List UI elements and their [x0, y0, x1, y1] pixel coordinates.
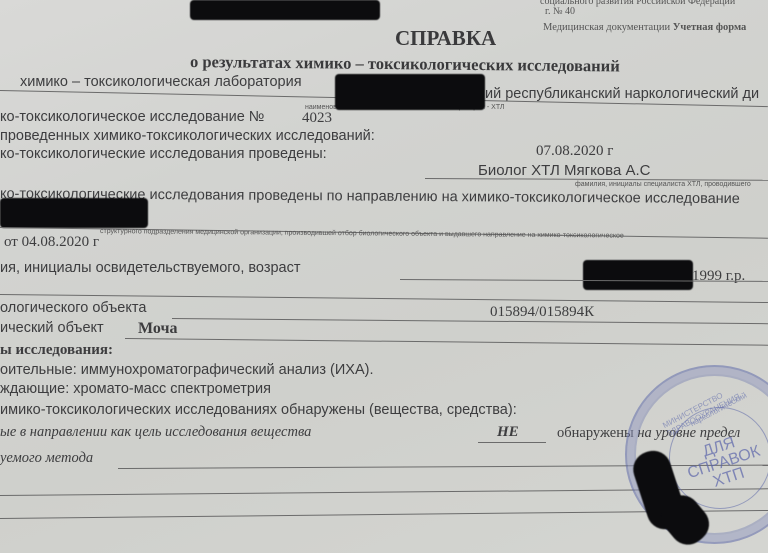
form-note-prefix: Медицинская документации [543, 22, 673, 33]
target-value-underline [478, 442, 546, 443]
target-value: НЕ [497, 424, 519, 441]
order-number: г. № 40 [545, 6, 575, 17]
date-value: 07.08.2020 г [536, 143, 613, 160]
redaction-lab [335, 74, 485, 110]
lab-suffix: ий республиканский наркологический ди [485, 86, 759, 102]
form-note-bold: Учетная форма [673, 22, 747, 33]
subject-birth-year: 1999 г.р. [692, 268, 745, 285]
study-number-label: ко-токсикологическое исследование № [0, 109, 264, 125]
redaction-subject-name [583, 260, 693, 290]
redaction-address [190, 0, 380, 20]
method-label: уемого метода [0, 450, 93, 467]
document-title: СПРАВКА [395, 26, 496, 51]
methods-heading: ы исследования: [0, 342, 113, 359]
redaction-referral [0, 198, 148, 228]
performed-by-label: ко-токсикологические исследования провед… [0, 146, 327, 162]
object-label: ический объект [0, 320, 104, 336]
performed-by-caption: фамилия, инициалы специалиста ХТЛ, прово… [575, 181, 751, 188]
sample-code-underline [172, 318, 768, 324]
study-number-value: 4023 [302, 110, 332, 127]
performed-by-value: Биолог ХТЛ Мягкова А.С [478, 162, 650, 179]
referral-caption: структурного подразделения медицинской о… [100, 228, 624, 240]
form-note: Медицинская документации Учетная форма [543, 22, 746, 33]
found-label: имико-токсикологических исследованиях об… [0, 402, 517, 418]
target-label: ые в направлении как цель исследования в… [0, 424, 311, 441]
referral-date: от 04.08.2020 г [4, 234, 99, 251]
object-value: Моча [138, 320, 178, 338]
object-underline [125, 338, 768, 346]
methods-screening: оительные: иммунохроматографический анал… [0, 362, 374, 378]
document-subtitle: о результатах химико – токсикологических… [190, 52, 620, 76]
sample-code-value: 015894/015894К [490, 304, 594, 321]
methods-confirming: ждающие: хромато-масс спектрометрия [0, 381, 271, 397]
date-label: проведенных химико-токсикологических исс… [0, 128, 375, 144]
lab-prefix: химико – токсикологическая лаборатория [20, 74, 302, 90]
sample-code-label: ологического объекта [0, 300, 146, 316]
subject-label: ия, инициалы освидетельствуемого, возрас… [0, 260, 301, 276]
target-suffix-text: обнаружены [557, 425, 634, 441]
